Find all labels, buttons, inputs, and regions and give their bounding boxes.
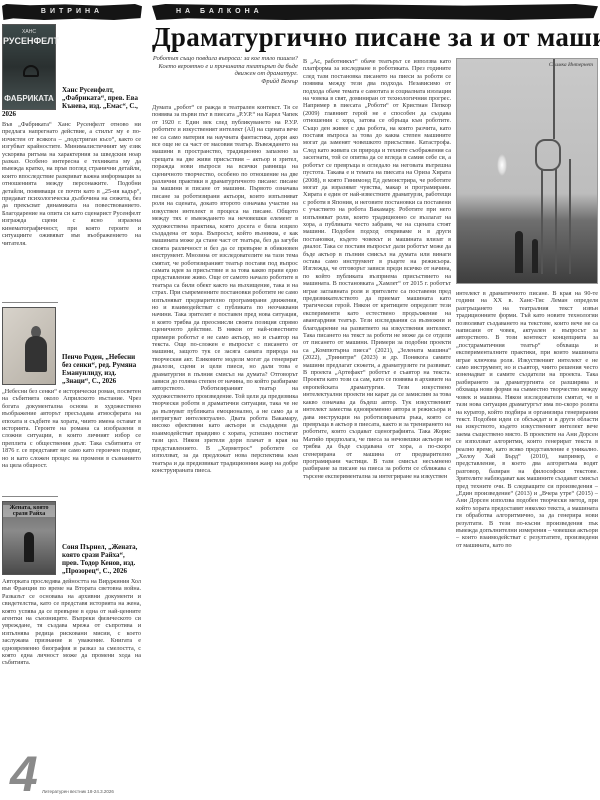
epigraph-author: Фрийд Вемър [152, 78, 298, 86]
cover-author: ХАНС [3, 29, 55, 35]
person-silhouette [532, 239, 538, 273]
cover-author-last: РУСЕНФЕЛТ [3, 36, 55, 46]
book-cover-image: ХАНС РУСЕНФЕЛТ ФАБРИКАТА [2, 24, 56, 110]
walking-figure-icon [24, 532, 34, 562]
cover-title: Жената, която срази Райха [3, 505, 55, 517]
article-column-1: Думата „робот“ се ражда в театрален конт… [152, 104, 298, 794]
book-review-1: ХАНС РУСЕНФЕЛТ ФАБРИКАТА Ханс Русенфелт,… [2, 24, 141, 296]
robot-leg [541, 169, 543, 274]
pram-illustration-icon [23, 65, 39, 77]
book-review-3: Жената, която срази Райха Соня Пърнел, „… [2, 501, 141, 691]
book-showcase-column: ХАНС РУСЕНФЕЛТ ФАБРИКАТА Ханс Русенфелт,… [2, 24, 141, 691]
robot-leg [555, 169, 557, 274]
page-number: 4 [10, 745, 38, 800]
robot-body-icon [535, 139, 561, 171]
lantern-light-icon [497, 154, 507, 176]
book-review-text: Авторката проследява дейността на Вирджи… [2, 575, 141, 691]
article-column-3: интелект в драматичното писане. В края н… [456, 290, 598, 794]
article-epigraph: Роботът също повдига въпроса: за кое тял… [152, 55, 298, 85]
book-cover-image [2, 307, 56, 385]
robot-leg [569, 159, 571, 274]
photo-credit: Снимка Интернет [549, 62, 593, 68]
book-review-2: Пенчо Роден, „Небесни без сенки“, ред. Р… [2, 307, 141, 490]
portrait-figure-icon [25, 336, 47, 372]
divider [2, 302, 58, 303]
page-footer: Литературен вестник 18-24.3.2026 [42, 789, 114, 794]
epigraph-text: Роботът също повдига въпроса: за кое тял… [153, 55, 298, 77]
cover-title: ФАБРИКАТА [3, 94, 55, 103]
article-photo-robot: Снимка Интернет [456, 58, 598, 284]
book-review-text: Във „Фабриката“ Ханс Русенфелт отново ни… [2, 118, 141, 296]
robot-neck [553, 59, 555, 139]
section-banner-vitrina: ВИТРИНА [2, 4, 142, 20]
section-banner-na-balkona: НА БАЛКОНА [152, 4, 598, 20]
divider [2, 496, 58, 497]
person-silhouette [515, 231, 523, 273]
book-cover-image: Жената, която срази Райха [2, 501, 56, 575]
article-headline: Драматургично писане за и от машини [152, 22, 598, 53]
book-review-text: „Небесни без сенки“ е исторически роман,… [2, 385, 141, 490]
article-column-2: В „Ас, работникът“ обаче театърът се изп… [303, 58, 451, 794]
